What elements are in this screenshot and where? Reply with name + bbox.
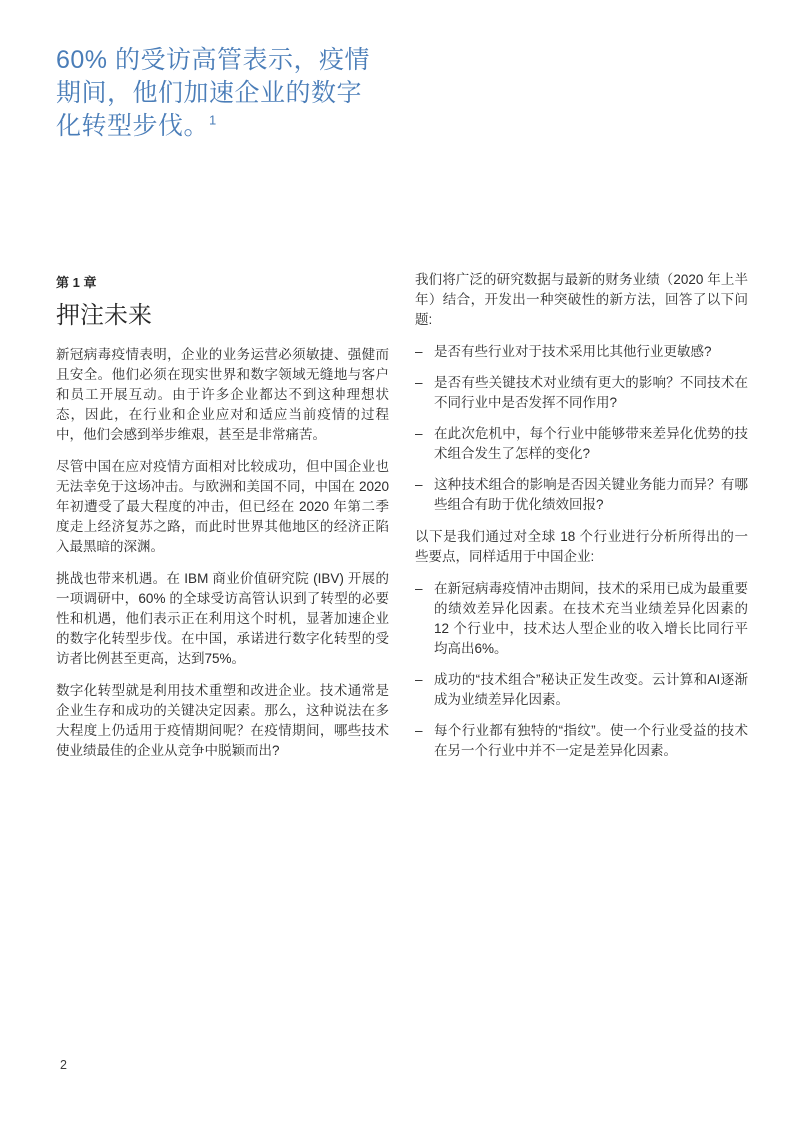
left-column: 第 1 章 押注未来 新冠病毒疫情表明，企业的业务运营必须敏捷、强健而且安全。他… bbox=[56, 270, 389, 773]
dash-bullet-marker: – bbox=[415, 475, 423, 495]
list-item-text: 在新冠病毒疫情冲击期间，技术的采用已成为最重要的绩效差异化因素。在技术充当业绩差… bbox=[434, 581, 748, 656]
list-item-text: 是否有些关键技术对业绩有更大的影响？不同技术在不同行业中是否发挥不同作用? bbox=[434, 375, 748, 410]
list-item-text: 是否有些行业对于技术采用比其他行业更敏感? bbox=[434, 344, 712, 359]
list-item-text: 成功的“技术组合”秘诀正发生改变。云计算和AI逐渐成为业绩差异化因素。 bbox=[434, 672, 748, 707]
list-item: –每个行业都有独特的“指纹”。使一个行业受益的技术在另一个行业中并不一定是差异化… bbox=[415, 721, 748, 761]
hero-line-3-text: 化转型步伐。 bbox=[56, 112, 209, 140]
list-item-text: 每个行业都有独特的“指纹”。使一个行业受益的技术在另一个行业中并不一定是差异化因… bbox=[434, 723, 748, 758]
list-item-text: 这种技术组合的影响是否因关键业务能力而异？有哪些组合有助于优化绩效回报? bbox=[434, 477, 748, 512]
hero-line-3: 化转型步伐。1 bbox=[56, 110, 426, 143]
list-item: –是否有些关键技术对业绩有更大的影响？不同技术在不同行业中是否发挥不同作用? bbox=[415, 373, 748, 413]
paragraph: 挑战也带来机遇。在 IBM 商业价值研究院 (IBV) 开展的一项调研中，60%… bbox=[56, 569, 389, 669]
dash-bullet-marker: – bbox=[415, 342, 423, 362]
questions-list: –是否有些行业对于技术采用比其他行业更敏感? –是否有些关键技术对业绩有更大的影… bbox=[415, 342, 748, 515]
dash-bullet-marker: – bbox=[415, 373, 423, 393]
page-number: 2 bbox=[60, 1058, 67, 1072]
dash-bullet-marker: – bbox=[415, 579, 423, 599]
hero-line-2: 期间，他们加速企业的数字 bbox=[56, 77, 426, 110]
takeaways-intro: 以下是我们通过对全球 18 个行业进行分析所得出的一些要点，同样适用于中国企业: bbox=[415, 527, 748, 567]
questions-intro: 我们将广泛的研究数据与最新的财务业绩（2020 年上半年）结合，开发出一种突破性… bbox=[415, 270, 748, 330]
paragraph: 新冠病毒疫情表明，企业的业务运营必须敏捷、强健而且安全。他们必须在现实世界和数字… bbox=[56, 345, 389, 445]
document-page: 60% 的受访高管表示，疫情 期间，他们加速企业的数字 化转型步伐。1 第 1 … bbox=[0, 0, 793, 1122]
dash-bullet-marker: – bbox=[415, 670, 423, 690]
dash-bullet-marker: – bbox=[415, 424, 423, 444]
list-item: –在此次危机中，每个行业中能够带来差异化优势的技术组合发生了怎样的变化? bbox=[415, 424, 748, 464]
dash-bullet-marker: – bbox=[415, 721, 423, 741]
list-item: –在新冠病毒疫情冲击期间，技术的采用已成为最重要的绩效差异化因素。在技术充当业绩… bbox=[415, 579, 748, 659]
two-column-body: 第 1 章 押注未来 新冠病毒疫情表明，企业的业务运营必须敏捷、强健而且安全。他… bbox=[56, 270, 748, 773]
footnote-reference: 1 bbox=[209, 113, 217, 128]
hero-pull-quote: 60% 的受访高管表示，疫情 期间，他们加速企业的数字 化转型步伐。1 bbox=[56, 44, 426, 143]
chapter-title: 押注未来 bbox=[56, 302, 389, 330]
list-item-text: 在此次危机中，每个行业中能够带来差异化优势的技术组合发生了怎样的变化? bbox=[434, 426, 748, 461]
chapter-label: 第 1 章 bbox=[56, 272, 389, 291]
list-item: –成功的“技术组合”秘诀正发生改变。云计算和AI逐渐成为业绩差异化因素。 bbox=[415, 670, 748, 710]
paragraph: 尽管中国在应对疫情方面相对比较成功，但中国企业也无法幸免于这场冲击。与欧洲和美国… bbox=[56, 457, 389, 557]
takeaways-list: –在新冠病毒疫情冲击期间，技术的采用已成为最重要的绩效差异化因素。在技术充当业绩… bbox=[415, 579, 748, 761]
list-item: –是否有些行业对于技术采用比其他行业更敏感? bbox=[415, 342, 748, 362]
right-column: 我们将广泛的研究数据与最新的财务业绩（2020 年上半年）结合，开发出一种突破性… bbox=[415, 270, 748, 773]
hero-line-1: 60% 的受访高管表示，疫情 bbox=[56, 44, 426, 77]
list-item: –这种技术组合的影响是否因关键业务能力而异？有哪些组合有助于优化绩效回报? bbox=[415, 475, 748, 515]
paragraph: 数字化转型就是利用技术重塑和改进企业。技术通常是企业生存和成功的关键决定因素。那… bbox=[56, 681, 389, 761]
